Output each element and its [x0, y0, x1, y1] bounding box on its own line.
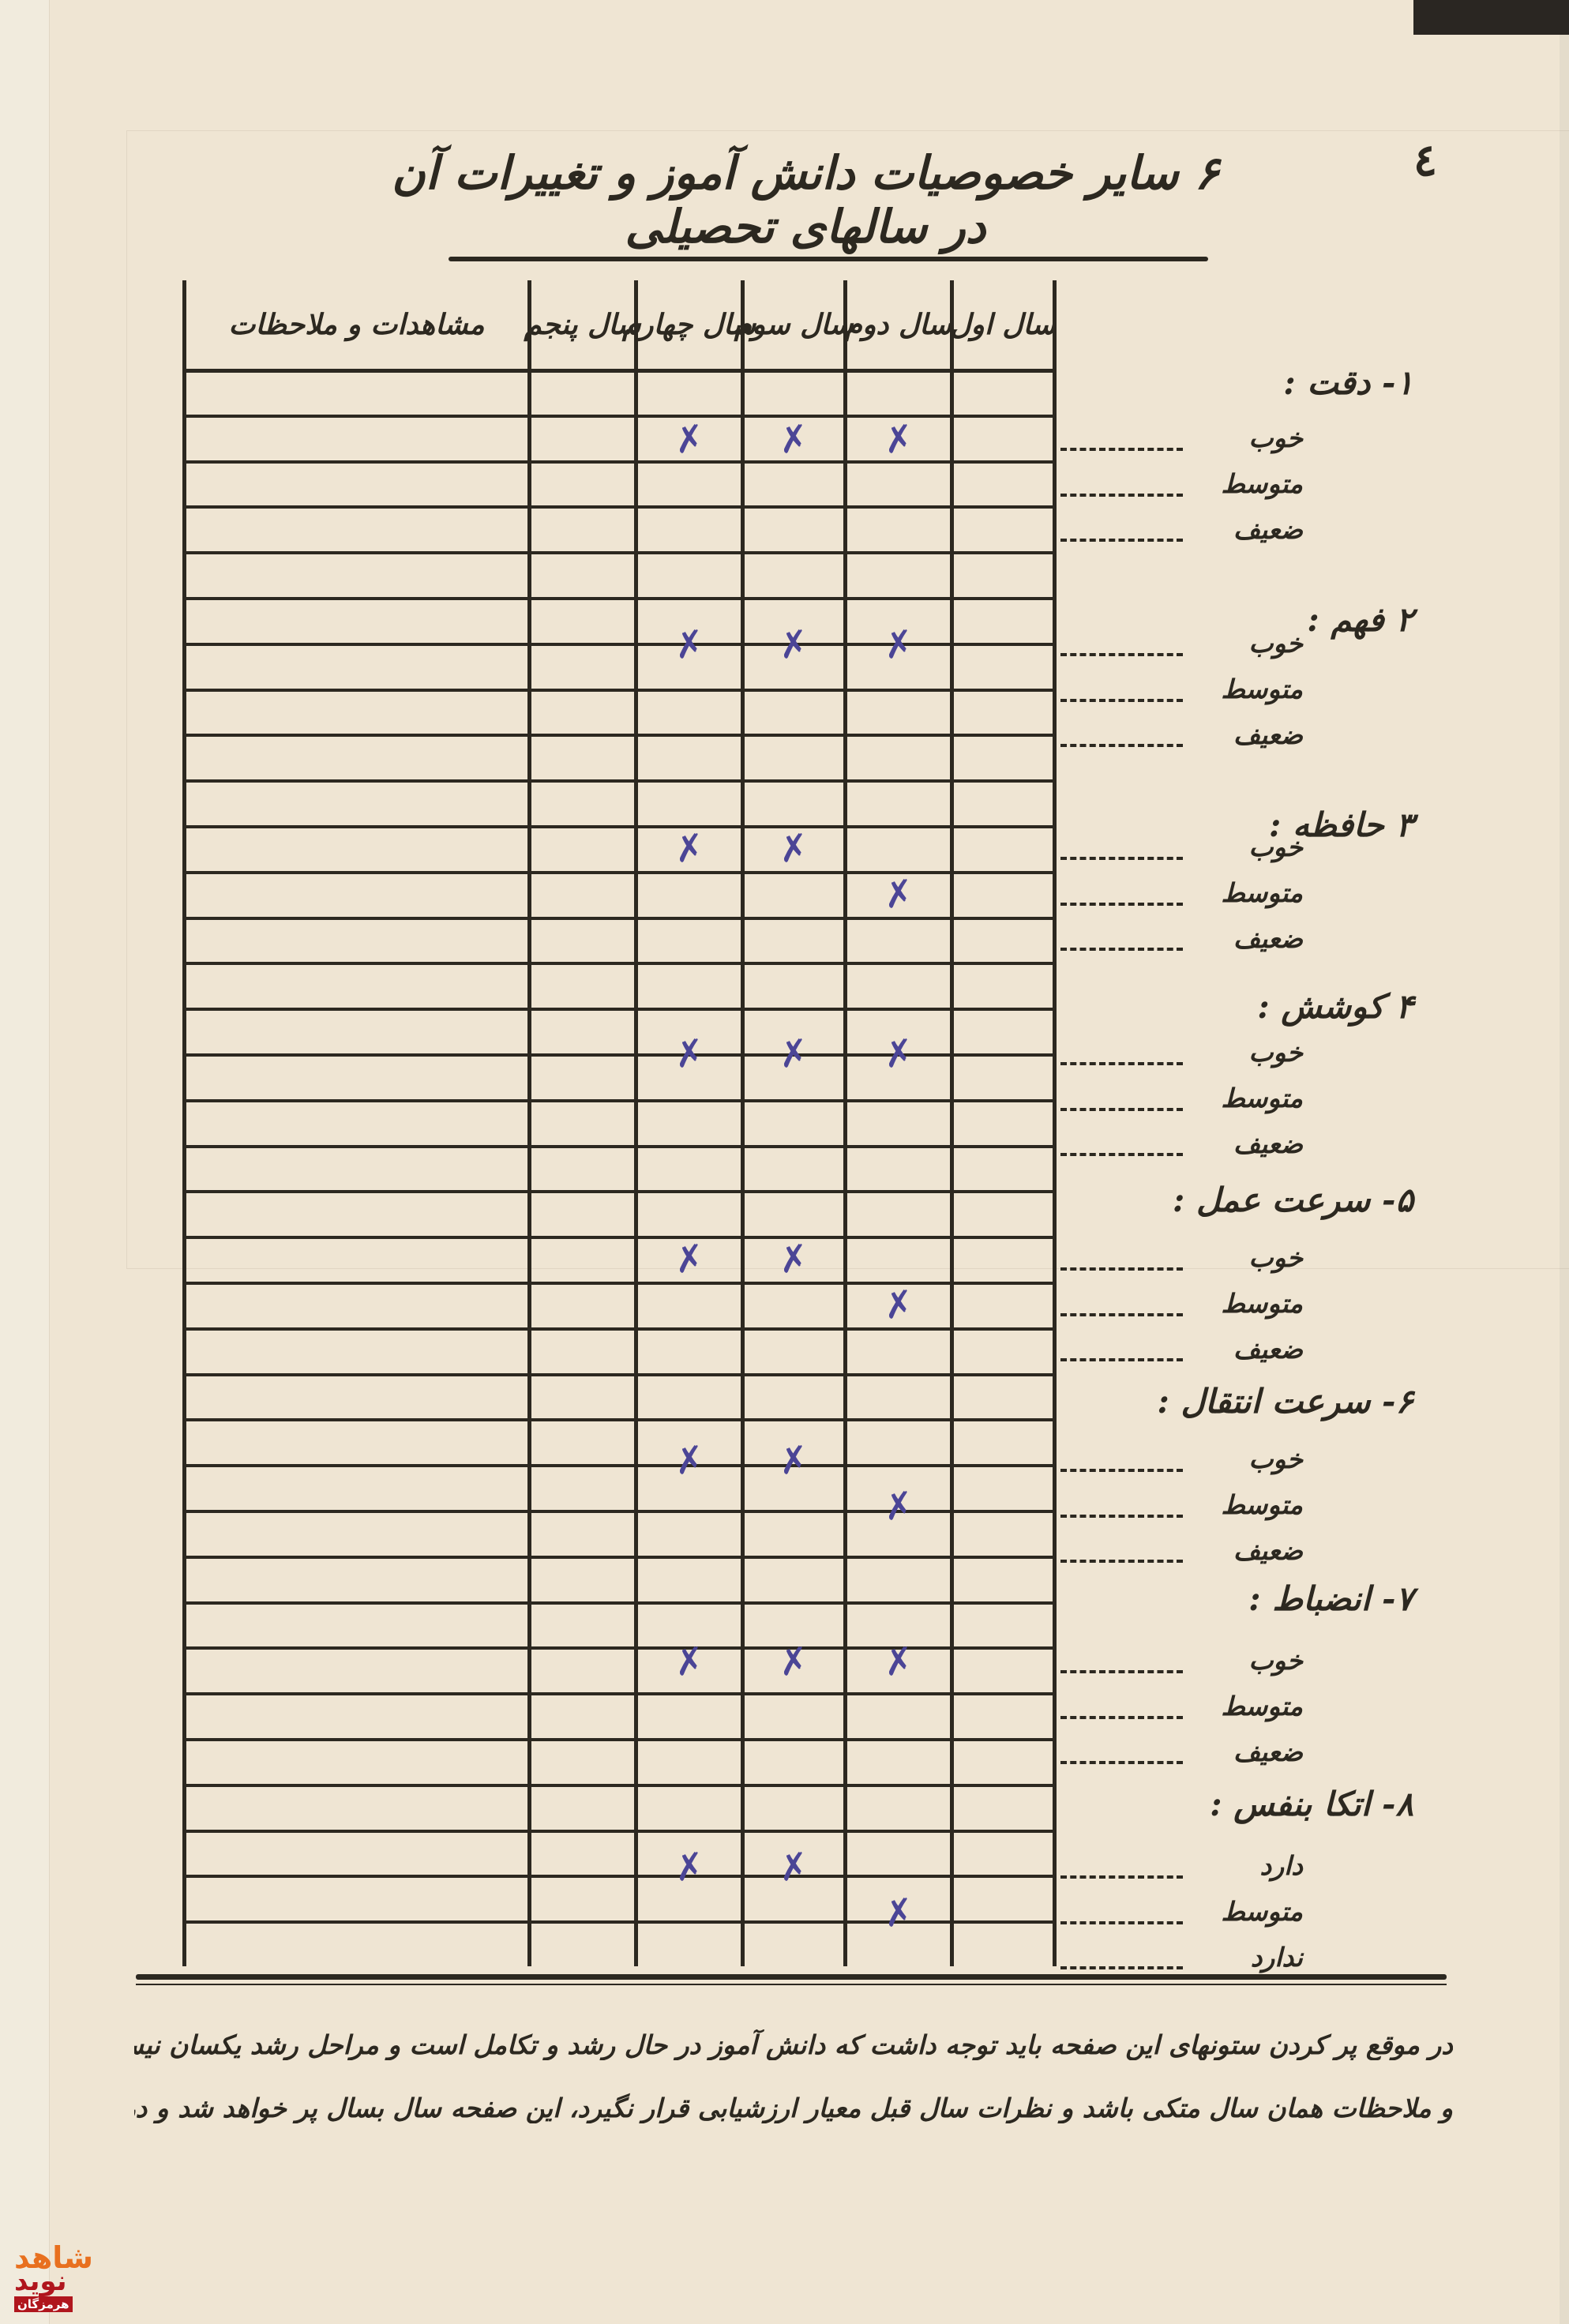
row-divider: [184, 597, 1054, 600]
check-mark-y4[interactable]: ✗: [671, 1641, 707, 1681]
column-divider: [843, 280, 847, 1966]
row-divider: [184, 1920, 1054, 1924]
column-header-y1: سال اول: [952, 280, 1054, 369]
option-label: ضعیف: [1233, 1128, 1303, 1159]
header-divider: [184, 369, 1054, 373]
option-label: متوسط: [1221, 1083, 1303, 1113]
check-mark-y2[interactable]: ✗: [880, 1892, 916, 1932]
option-label: خوب: [1248, 832, 1303, 862]
check-mark-y2[interactable]: ✗: [880, 873, 916, 914]
dashed-leader: [1060, 1716, 1183, 1719]
check-mark-y4[interactable]: ✗: [671, 1846, 707, 1887]
column-header-notes: مشاهدات و ملاحظات: [184, 280, 529, 369]
dashed-leader: [1060, 1966, 1183, 1969]
column-divider: [527, 280, 531, 1966]
check-mark-y2[interactable]: ✗: [880, 419, 916, 459]
section-label-7: ۷- انضباط :: [1248, 1579, 1413, 1618]
row-divider: [184, 505, 1054, 509]
page-title: ۶ سایر خصوصیات دانش آموز و تغییرات آن در…: [379, 146, 1232, 253]
check-mark-y2[interactable]: ✗: [880, 1284, 916, 1324]
row-divider: [184, 689, 1054, 692]
scan-left-margin: [0, 0, 50, 2324]
option-label: خوب: [1248, 1037, 1303, 1068]
column-header-y2: سال دوم: [845, 280, 952, 369]
section-label-6: ۶- سرعت انتقال :: [1157, 1382, 1413, 1421]
dashed-leader: [1060, 1153, 1183, 1156]
dashed-leader: [1060, 1875, 1183, 1879]
dashed-leader: [1060, 1062, 1183, 1065]
title-underline: [449, 257, 1208, 261]
row-divider: [184, 1692, 1054, 1695]
check-mark-y3[interactable]: ✗: [776, 1440, 812, 1480]
dashed-leader: [1060, 448, 1183, 451]
dashed-leader: [1060, 744, 1183, 747]
check-mark-y4[interactable]: ✗: [671, 1440, 707, 1480]
dashed-leader: [1060, 857, 1183, 860]
section-label-2: ۲ فهم :: [1307, 600, 1413, 639]
footer-divider: [136, 1974, 1447, 1980]
option-label: خوب: [1248, 1444, 1303, 1474]
row-divider: [184, 1099, 1054, 1102]
option-label: ضعیف: [1233, 719, 1303, 750]
row-divider: [184, 779, 1054, 783]
dashed-leader: [1060, 653, 1183, 656]
check-mark-y3[interactable]: ✗: [776, 624, 812, 664]
footer-note-line-1: در موقع پر کردن ستونهای این صفحه باید تو…: [134, 2029, 1453, 2060]
scan-dark-edge: [1413, 0, 1569, 35]
check-mark-y3[interactable]: ✗: [776, 1641, 812, 1681]
check-mark-y2[interactable]: ✗: [880, 1033, 916, 1073]
check-mark-y4[interactable]: ✗: [671, 828, 707, 868]
check-mark-y3[interactable]: ✗: [776, 1033, 812, 1073]
row-divider: [184, 1784, 1054, 1787]
check-mark-y3[interactable]: ✗: [776, 828, 812, 868]
row-divider: [184, 1510, 1054, 1513]
option-label: متوسط: [1221, 1896, 1303, 1927]
column-divider: [182, 280, 186, 1966]
option-label: ضعیف: [1233, 1736, 1303, 1767]
section-label-4: ۴ کوشش :: [1257, 987, 1413, 1026]
footer-note-line-2: و ملاحظات همان سال متکی باشد و نظرات سال…: [134, 2093, 1453, 2123]
row-divider: [184, 1646, 1054, 1650]
dashed-leader: [1060, 1560, 1183, 1563]
row-divider: [184, 1464, 1054, 1467]
row-divider: [184, 1190, 1054, 1193]
dashed-leader: [1060, 1358, 1183, 1361]
watermark-logo: شاهد نوید هرمزگان: [14, 2243, 101, 2312]
column-header-y3: سال سوم: [742, 280, 845, 369]
row-divider: [184, 415, 1054, 418]
row-divider: [184, 1738, 1054, 1741]
dashed-leader: [1060, 1515, 1183, 1518]
row-divider: [184, 1236, 1054, 1239]
dashed-leader: [1060, 1108, 1183, 1111]
option-label: متوسط: [1221, 468, 1303, 499]
dashed-leader: [1060, 1267, 1183, 1271]
row-divider: [184, 1327, 1054, 1331]
row-divider: [184, 460, 1054, 464]
row-divider: [184, 1418, 1054, 1421]
section-label-5: ۵- سرعت عمل :: [1173, 1181, 1413, 1219]
option-label: متوسط: [1221, 674, 1303, 704]
row-divider: [184, 917, 1054, 920]
check-mark-y2[interactable]: ✗: [880, 1641, 916, 1681]
dashed-leader: [1060, 948, 1183, 951]
option-label: متوسط: [1221, 877, 1303, 908]
option-label: ضعیف: [1233, 1535, 1303, 1566]
option-label: ضعیف: [1233, 923, 1303, 954]
dashed-leader: [1060, 1761, 1183, 1764]
option-label: دارد: [1260, 1850, 1304, 1881]
option-label: متوسط: [1221, 1691, 1303, 1721]
check-mark-y2[interactable]: ✗: [880, 1485, 916, 1526]
column-header-y4: سال چهارم: [636, 280, 742, 369]
dashed-leader: [1060, 1469, 1183, 1472]
option-label: خوب: [1248, 1242, 1303, 1273]
option-label: خوب: [1248, 422, 1303, 453]
row-divider: [184, 962, 1054, 965]
check-mark-y3[interactable]: ✗: [776, 1238, 812, 1278]
option-label: ندارد: [1251, 1942, 1303, 1973]
dashed-leader: [1060, 539, 1183, 542]
row-divider: [184, 734, 1054, 737]
option-label: خوب: [1248, 1645, 1303, 1676]
row-divider: [184, 1008, 1054, 1011]
option-label: متوسط: [1221, 1489, 1303, 1520]
row-divider: [184, 1830, 1054, 1833]
option-label: ضعیف: [1233, 1334, 1303, 1365]
row-divider: [184, 825, 1054, 828]
dashed-leader: [1060, 494, 1183, 497]
footer-divider-thin: [136, 1984, 1447, 1985]
row-divider: [184, 1875, 1054, 1878]
row-divider: [184, 1373, 1054, 1376]
check-mark-y4[interactable]: ✗: [671, 419, 707, 459]
column-header-y5: سال پنجم: [529, 280, 636, 369]
row-divider: [184, 871, 1054, 874]
column-divider: [634, 280, 638, 1966]
option-label: خوب: [1248, 628, 1303, 659]
page-number: ٤: [1413, 134, 1437, 186]
section-label-8: ۸- اتکا بنفس :: [1210, 1785, 1413, 1823]
dashed-leader: [1060, 903, 1183, 906]
check-mark-y4[interactable]: ✗: [671, 1033, 707, 1073]
row-divider: [184, 1053, 1054, 1057]
dashed-leader: [1060, 1921, 1183, 1924]
column-divider: [741, 280, 745, 1966]
check-mark-y4[interactable]: ✗: [671, 1238, 707, 1278]
row-divider: [184, 551, 1054, 554]
column-divider: [950, 280, 954, 1966]
row-divider: [184, 643, 1054, 646]
evaluation-table: سال اولسال دومسال سومسال چهارمسال پنجممش…: [184, 280, 1054, 1966]
row-divider: [184, 1282, 1054, 1285]
dashed-leader: [1060, 699, 1183, 702]
watermark-region: هرمزگان: [14, 2296, 73, 2312]
dashed-leader: [1060, 1313, 1183, 1316]
option-label: متوسط: [1221, 1288, 1303, 1319]
check-mark-y4[interactable]: ✗: [671, 624, 707, 664]
row-divider: [184, 1556, 1054, 1559]
check-mark-y2[interactable]: ✗: [880, 624, 916, 664]
check-mark-y3[interactable]: ✗: [776, 1846, 812, 1887]
dashed-leader: [1060, 1670, 1183, 1673]
option-label: ضعیف: [1233, 514, 1303, 545]
section-label-1: ۱- دقت :: [1283, 363, 1413, 402]
check-mark-y3[interactable]: ✗: [776, 419, 812, 459]
column-divider: [1053, 280, 1057, 1966]
row-divider: [184, 1145, 1054, 1148]
row-divider: [184, 1601, 1054, 1605]
